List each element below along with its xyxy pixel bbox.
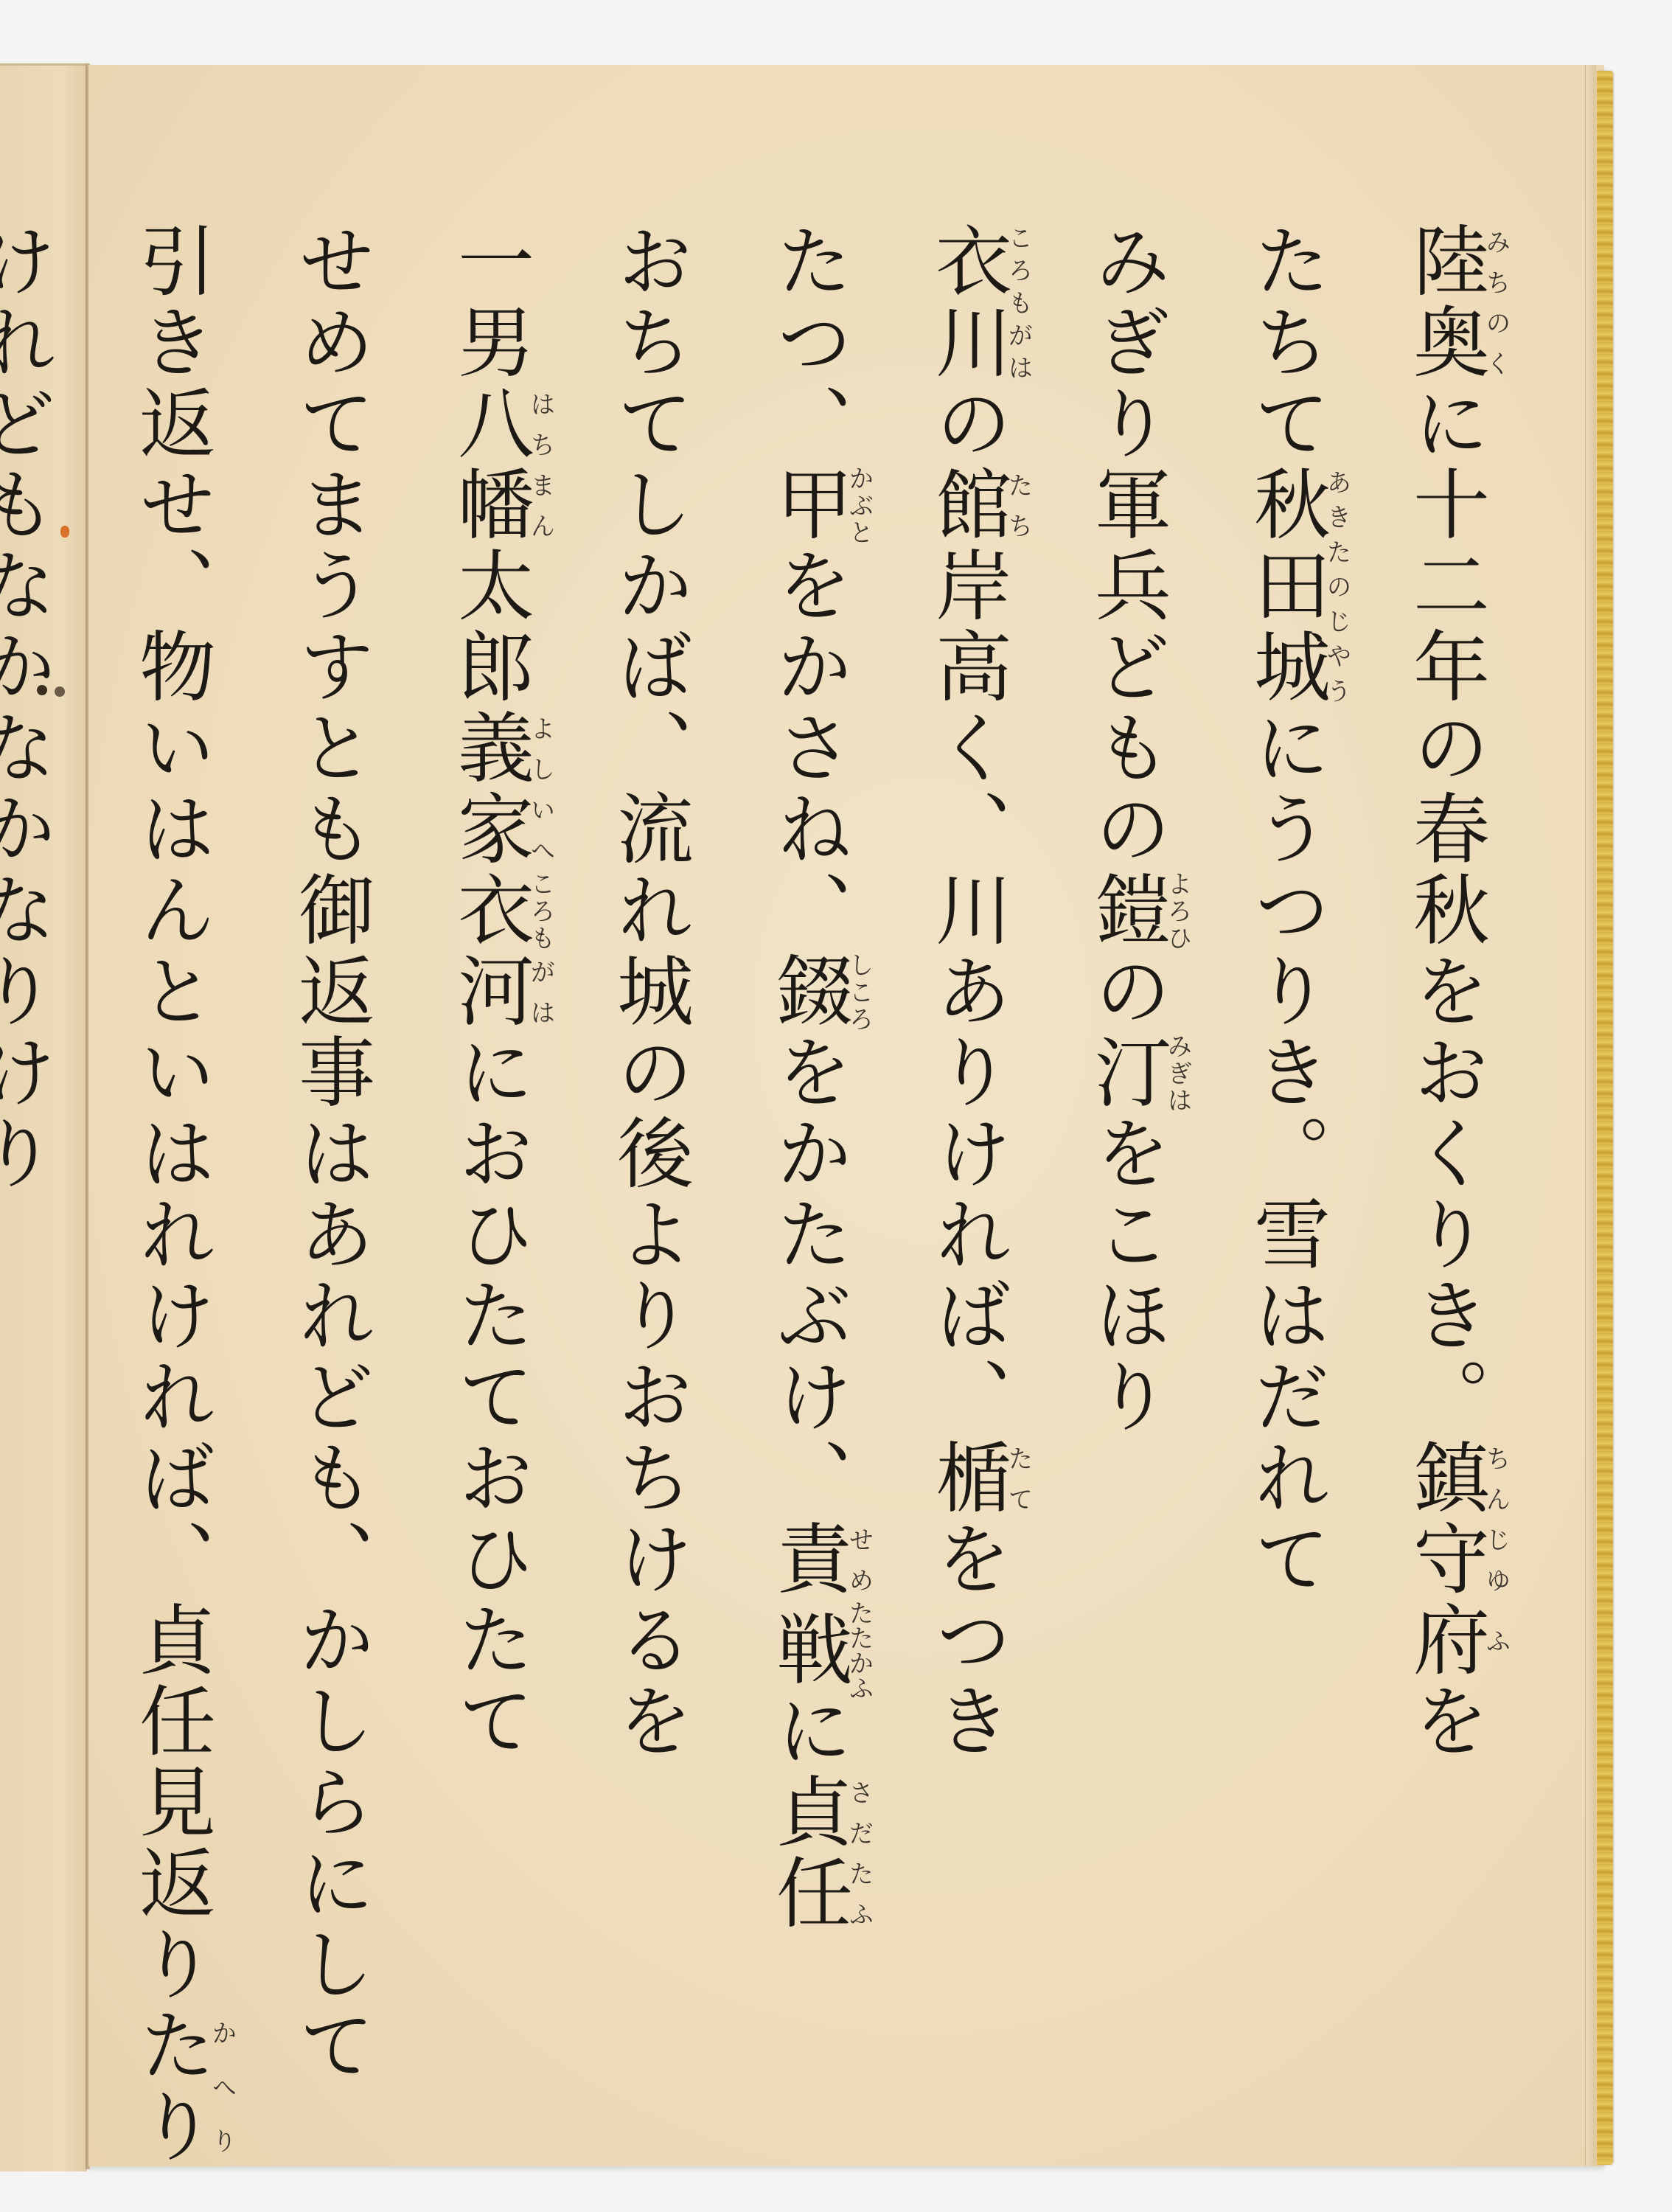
furigana: ころもがは xyxy=(1003,221,1033,383)
text-column: たちて秋田城あきたのじやうにうつりき。雪はだれて xyxy=(1206,221,1365,2006)
text-column: 陸奥みちのくに十二年の春秋をおくりき。鎮ちん守じゆ府ふを xyxy=(1365,221,1525,2006)
furigana: しころ xyxy=(844,951,874,1032)
page-fore-edge xyxy=(1585,65,1596,2166)
text-column: 引き返せ、物いはんといはれければ、貞任見返りたりかへり xyxy=(91,221,251,2006)
ruby-annotated-text: 河がは xyxy=(445,951,534,1032)
ruby-annotated-text: 八はち xyxy=(445,383,534,465)
text-column: おちてしかば、流れ城の後よりおちけるを xyxy=(569,221,728,2006)
text-column: たつ、甲かぶとをかさね、錣しころをかたぶけ、責せめ戦たたかふに貞任さだたふ xyxy=(728,221,888,2006)
furigana: ちん xyxy=(1481,1438,1511,1519)
ruby-annotated-text: 楯たて xyxy=(922,1438,1012,1519)
text-segment: 岸高く、川ありければ、 xyxy=(922,546,1012,1438)
text-segment: にうつりき。雪はだれて xyxy=(1241,708,1331,1600)
text-column: 一男八はち幡まん太郎義よし家いへ衣ころも河がはにおひたておひたて xyxy=(410,221,569,2006)
ruby-annotated-text: 衣ころも xyxy=(445,870,534,951)
furigana: さだたふ xyxy=(844,1772,874,1934)
text-segment: に十二年の春秋をおくりき。 xyxy=(1400,383,1490,1438)
furigana: たて xyxy=(1003,1438,1033,1519)
text-column: 衣川ころもがはの館たち岸高く、川ありければ、楯たてをつき xyxy=(888,221,1047,2006)
ruby-annotated-text: 府ふ xyxy=(1400,1600,1490,1681)
furigana: かぶと xyxy=(844,465,874,546)
text-segment: におひたておひたて xyxy=(445,1032,534,1762)
text-segment: を xyxy=(1400,1681,1490,1762)
ruby-annotated-text: たりかへり xyxy=(126,2006,216,2168)
ruby-annotated-text: 秋田城あきたのじやう xyxy=(1241,465,1331,708)
text-column: せめてまうすとも御返事はあれども、かしらにして xyxy=(251,221,410,2006)
furigana: あきたのじやう xyxy=(1322,465,1351,708)
text-segment: をこほり xyxy=(1081,1113,1171,1438)
text-segment: せめてまうすとも御返事はあれども、かしらにして xyxy=(285,221,375,2087)
text-segment: に xyxy=(763,1691,853,1772)
furigana: たたかふ xyxy=(844,1600,874,1700)
furigana: みぎは xyxy=(1163,1032,1192,1113)
ruby-annotated-text: 錣しころ xyxy=(763,951,853,1032)
ruby-annotated-text: 幡まん xyxy=(445,465,534,546)
text-segment: 一男 xyxy=(445,221,534,383)
furigana: まん xyxy=(526,465,555,546)
ruby-annotated-text: 貞任さだたふ xyxy=(763,1772,853,1934)
ruby-annotated-text: 責せめ xyxy=(763,1519,853,1600)
furigana: ころも xyxy=(526,870,555,951)
ruby-annotated-text: 館たち xyxy=(922,465,1012,546)
furigana: みちのく xyxy=(1481,221,1511,383)
ruby-annotated-text: 義よし xyxy=(445,708,534,789)
ruby-annotated-text: 鎮ちん xyxy=(1400,1438,1490,1519)
ruby-annotated-text: 汀みぎは xyxy=(1081,1032,1171,1113)
ruby-annotated-text: 鎧よろひ xyxy=(1081,870,1171,951)
furigana: せめ xyxy=(844,1519,874,1600)
text-segment: たつ、 xyxy=(763,221,853,465)
text-segment: たちて xyxy=(1241,221,1331,465)
text-segment: の xyxy=(1081,951,1171,1032)
text-segment: けれどもなかなかなりけり xyxy=(0,221,57,1194)
furigana: ふ xyxy=(1481,1600,1511,1681)
text-column: けれどもなかなかなりけり xyxy=(0,221,91,2006)
furigana: いへ xyxy=(526,789,555,870)
furigana: はち xyxy=(526,383,555,465)
text-segment: みぎり軍兵どもの xyxy=(1081,221,1171,870)
text-segment: をかたぶけ、 xyxy=(763,1032,853,1519)
furigana: じゆ xyxy=(1481,1519,1511,1600)
text-segment: 引き返せ、物いはんといはれければ、貞任見返り xyxy=(126,221,216,2006)
ruby-annotated-text: 家いへ xyxy=(445,789,534,870)
ruby-annotated-text: 甲かぶと xyxy=(763,465,853,546)
book-photo: 陸奥みちのくに十二年の春秋をおくりき。鎮ちん守じゆ府ふをたちて秋田城あきたのじや… xyxy=(0,0,1672,2212)
ruby-annotated-text: 陸奥みちのく xyxy=(1400,221,1490,383)
furigana: かへり xyxy=(207,2006,237,2168)
furigana: よろひ xyxy=(1163,870,1192,951)
text-segment: をつき xyxy=(922,1519,1012,1762)
furigana: がは xyxy=(526,951,555,1032)
text-column: みぎり軍兵どもの鎧よろひの汀みぎはをこほり xyxy=(1047,221,1206,2006)
furigana: たち xyxy=(1003,465,1033,546)
ruby-annotated-text: 戦たたかふ xyxy=(763,1600,853,1691)
gilt-edge xyxy=(1597,71,1613,2165)
ruby-annotated-text: 衣川ころもがは xyxy=(922,221,1012,383)
furigana: よし xyxy=(526,708,555,789)
text-segment: をかさね、 xyxy=(763,546,853,951)
ruby-annotated-text: 守じゆ xyxy=(1400,1519,1490,1600)
text-segment: の xyxy=(922,383,1012,465)
vertical-text-block: 陸奥みちのくに十二年の春秋をおくりき。鎮ちん守じゆ府ふをたちて秋田城あきたのじや… xyxy=(0,221,1525,2006)
text-segment: 太郎 xyxy=(445,546,534,708)
text-segment: おちてしかば、流れ城の後よりおちけるを xyxy=(604,221,694,1762)
